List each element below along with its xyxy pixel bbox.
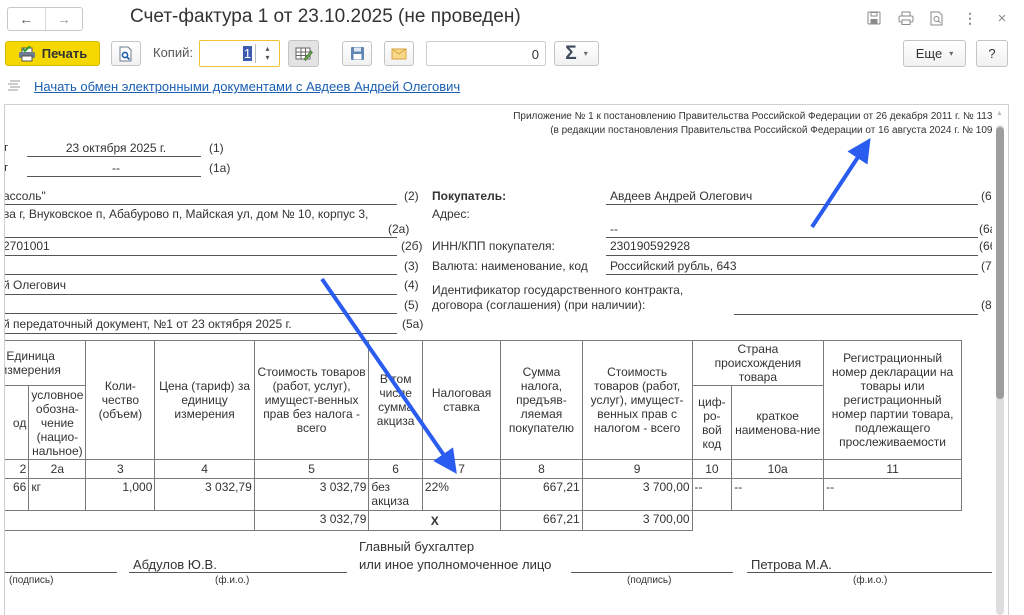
total-row: 3 032,79 X 667,21 3 700,00 (4, 511, 962, 531)
header-cost-no-tax: Стоимость товаров (работ, услуг), имущес… (254, 341, 369, 460)
copies-spinner[interactable]: ▴▾ (255, 44, 279, 63)
header-country-name: краткое наименова-ние (732, 386, 824, 460)
sigma-icon: Σ (565, 43, 576, 65)
close-icon[interactable]: × (993, 9, 1011, 27)
contract-id-label-2: договора (соглашения) (при наличии): (432, 298, 645, 312)
accountant-name: Петрова М.А. (751, 557, 832, 572)
document-search-icon (119, 46, 133, 62)
consignee-value: й Олегович (4, 278, 66, 292)
column-numbers-row: 2 2а 3 4 5 6 7 8 9 10 10а 11 (4, 460, 962, 479)
printer-icon (18, 46, 36, 62)
buyer-inn-label: ИНН/КПП покупателя: (432, 239, 555, 253)
print-icon[interactable] (897, 9, 915, 27)
total-cost-no-tax: 3 032,79 (254, 511, 369, 531)
buyer-label: Покупатель: (432, 189, 506, 203)
total-excise-tax-rate: X (369, 511, 501, 531)
chevron-down-icon: ▾ (949, 49, 953, 58)
buyer-address-label: Адрес: (432, 207, 470, 221)
code-6a: (6а) (979, 222, 992, 236)
contract-id-label-1: Идентификатор государственного контракта… (432, 283, 683, 297)
header-country-code: циф-ро-вой код (692, 386, 732, 460)
header-unit-group: Единица измерения (4, 341, 86, 386)
head-name: Абдулов Ю.В. (133, 557, 217, 572)
cell-excise: без акциза (369, 479, 422, 511)
scroll-up-icon[interactable]: ▲ (996, 110, 1003, 117)
table-row: 66 кг 1,000 3 032,79 3 032,79 без акциза… (4, 479, 962, 511)
cell-country-name: -- (732, 479, 824, 511)
seller-inn: 2701001 (4, 239, 50, 253)
window-title: Счет-фактура 1 от 23.10.2025 (не проведе… (130, 6, 521, 28)
more-icon[interactable]: ⋮ (961, 9, 979, 27)
chevron-down-icon: ▾ (584, 49, 588, 58)
accountant-label-1: Главный бухгалтер (359, 539, 474, 554)
cell-cost-with-tax: 3 700,00 (582, 479, 692, 511)
document-scrollbar[interactable]: ▲ (992, 104, 1009, 615)
shipment-doc-value: й передаточный документ, №1 от 23 октябр… (4, 317, 292, 331)
print-label: Печать (42, 46, 87, 61)
cell-tax-sum: 667,21 (501, 479, 582, 511)
back-button[interactable]: ← (8, 8, 45, 30)
code-2b: (2б) (401, 239, 423, 253)
code-7: (7) (981, 259, 992, 273)
save-button[interactable] (342, 41, 372, 66)
preview-icon[interactable] (928, 9, 946, 27)
total-cost-with-tax: 3 700,00 (582, 511, 692, 531)
header-price: Цена (тариф) за единицу измерения (155, 341, 254, 460)
header-cost-with-tax: Стоимость товаров (работ, услуг), имущес… (582, 341, 692, 460)
buyer-address: -- (610, 222, 618, 236)
cell-tax-rate: 22% (422, 479, 500, 511)
save-icon[interactable] (865, 9, 883, 27)
cell-qty: 1,000 (86, 479, 155, 511)
total-tax-sum: 667,21 (501, 511, 582, 531)
code-6b: (6б) (979, 239, 992, 253)
start-edi-link[interactable]: Начать обмен электронными документами с … (34, 79, 460, 94)
cell-unit-name: кг (29, 479, 86, 511)
more-button[interactable]: Еще ▾ (903, 40, 966, 67)
code-2a: (2а) (388, 222, 409, 236)
code-2: (2) (404, 189, 419, 203)
copies-value: 1 (243, 46, 252, 61)
sum-field[interactable]: 0 (426, 41, 546, 66)
scroll-thumb[interactable] (996, 127, 1004, 399)
help-button[interactable]: ? (976, 40, 1008, 67)
invoice-date-prefix: т (4, 142, 8, 154)
header-excise: В том числе сумма акциза (369, 341, 422, 460)
accountant-name-caption: (ф.и.о.) (853, 575, 887, 586)
copies-input[interactable]: 1 ▴▾ (199, 40, 280, 67)
invoice-document: Приложение № 1 к постановлению Правитель… (4, 104, 992, 615)
accountant-label-2: или иное уполномоченное лицо (359, 557, 551, 572)
header-reg-number: Регистрационный номер декларации на това… (824, 341, 962, 460)
seller-name: ассоль" (4, 189, 46, 203)
header-unit-code: од (4, 386, 29, 460)
accountant-signature-caption: (подпись) (627, 575, 671, 586)
forward-button[interactable]: → (45, 8, 83, 30)
cell-reg-number: -- (824, 479, 962, 511)
code-5: (5) (404, 298, 419, 312)
code-1: (1) (209, 141, 224, 155)
arrow-right-icon: → (57, 11, 71, 27)
appendix-line-1: Приложение № 1 к постановлению Правитель… (513, 111, 992, 122)
sum-button[interactable]: Σ ▾ (554, 41, 599, 66)
code-3: (3) (404, 259, 419, 273)
arrow-left-icon: ← (19, 11, 33, 27)
header-unit-name: условное обозна-чение (нацио-нальное) (29, 386, 86, 460)
invoice-date: 23 октября 2025 г. (27, 141, 205, 155)
header-tax-sum: Сумма налога, предъяв-ляемая покупателю (501, 341, 582, 460)
navigation-buttons: ← → (7, 7, 83, 31)
code-6: (6) (981, 189, 992, 203)
copies-label: Копий: (153, 45, 193, 60)
currency-label: Валюта: наименование, код (432, 259, 588, 273)
edi-icon (6, 79, 22, 96)
head-signature-caption: (подпись) (9, 575, 53, 586)
code-8: (8) (981, 298, 992, 312)
buyer-name: Авдеев Андрей Олегович (610, 189, 752, 203)
header-qty: Коли-чество (объем) (86, 341, 155, 460)
correction-date: -- (27, 161, 205, 175)
appendix-line-2: (в редакции постановления Правительства … (550, 125, 992, 136)
cell-unit-code: 66 (4, 479, 29, 511)
goods-table: Единица измерения Коли-чество (объем) Це… (4, 340, 962, 531)
cell-cost-no-tax: 3 032,79 (254, 479, 369, 511)
email-button[interactable] (384, 41, 414, 66)
header-country-group: Страна происхождения товара (692, 341, 824, 386)
seller-address: ва г, Внуковское п, Абабурово п, Майская… (4, 207, 368, 221)
buyer-inn: 230190592928 (610, 239, 690, 253)
cell-country-code: -- (692, 479, 732, 511)
cell-price: 3 032,79 (155, 479, 254, 511)
envelope-icon (391, 48, 407, 60)
edit-table-toggle[interactable] (288, 40, 319, 67)
code-5a: (5а) (402, 317, 423, 331)
header-tax-rate: Налоговая ставка (422, 341, 500, 460)
head-name-caption: (ф.и.о.) (215, 575, 249, 586)
floppy-disk-icon (350, 46, 365, 61)
code-1a: (1а) (209, 161, 230, 175)
correction-date-prefix: т (4, 162, 8, 174)
preview-button[interactable] (111, 41, 141, 66)
currency-value: Российский рубль, 643 (610, 259, 737, 273)
code-4: (4) (404, 278, 419, 292)
table-edit-icon (295, 46, 313, 62)
print-button[interactable]: Печать (5, 41, 100, 66)
more-label: Еще (916, 46, 942, 61)
